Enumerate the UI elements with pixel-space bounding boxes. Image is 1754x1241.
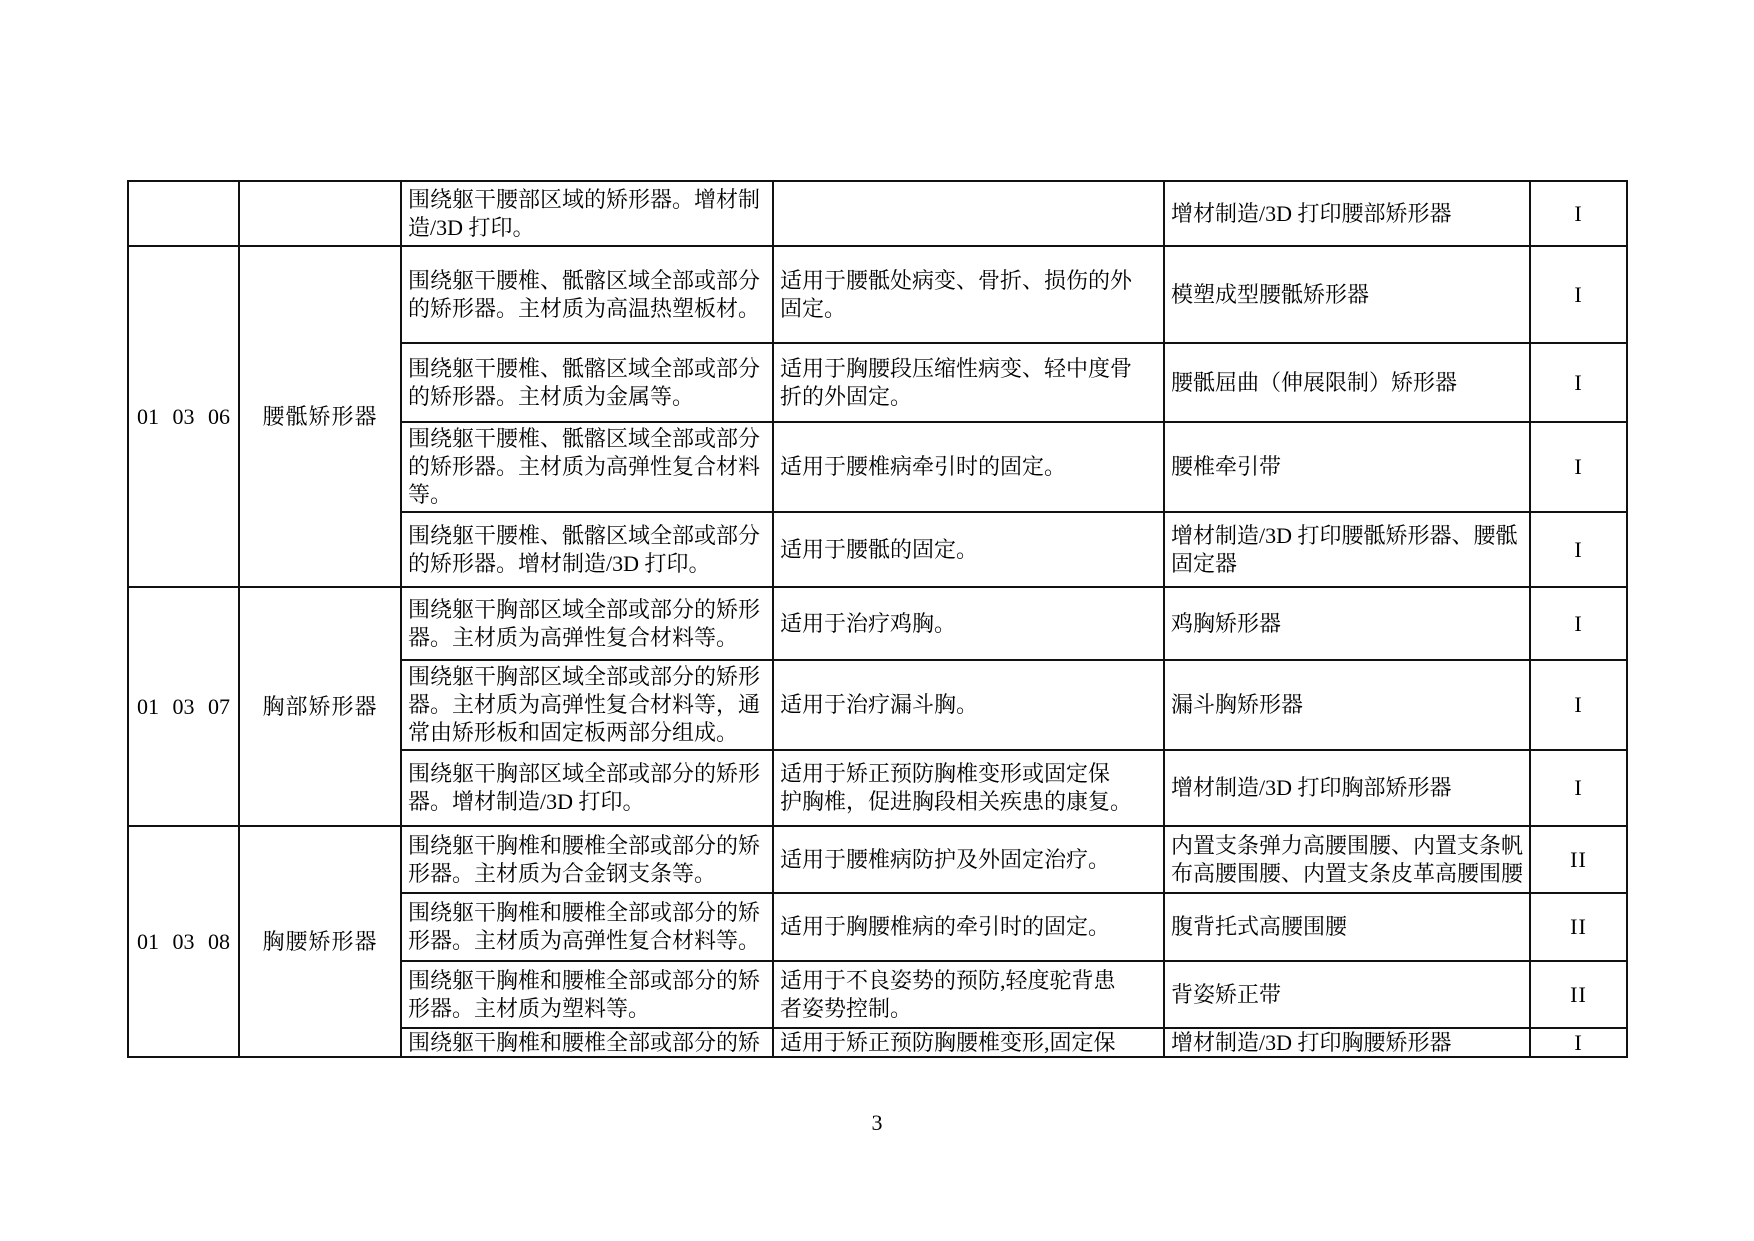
cell-intended-use: 适用于治疗鸡胸。 — [773, 587, 1164, 660]
cell-description: 围绕躯干胸椎和腰椎全部或部分的矫 形器。主材质为塑料等。 — [401, 961, 773, 1028]
cell-category-code: 01 03 08 — [128, 826, 239, 1057]
classification-table: 围绕躯干腰部区域的矫形器。增材制 造/3D 打印。增材制造/3D 打印腰部矫形器… — [127, 180, 1628, 1058]
table-row: 01 03 08胸腰矫形器围绕躯干胸椎和腰椎全部或部分的矫 形器。主材质为合金钢… — [128, 826, 1627, 893]
page-number: 3 — [872, 1110, 883, 1136]
cell-intended-use: 适用于腰椎病防护及外固定治疗。 — [773, 826, 1164, 893]
table-row: 01 03 07胸部矫形器围绕躯干胸部区域全部或部分的矫形 器。主材质为高弹性复… — [128, 587, 1627, 660]
cell-category-name: 胸腰矫形器 — [239, 826, 401, 1057]
cell-product-examples: 腰椎牵引带 — [1164, 422, 1530, 512]
table-row: 围绕躯干腰部区域的矫形器。增材制 造/3D 打印。增材制造/3D 打印腰部矫形器… — [128, 181, 1627, 246]
cell-product-examples: 增材制造/3D 打印胸部矫形器 — [1164, 750, 1530, 826]
cell-intended-use: 适用于腰骶处病变、骨折、损伤的外 固定。 — [773, 246, 1164, 343]
cell-product-examples: 腹背托式高腰围腰 — [1164, 893, 1530, 961]
cell-description: 围绕躯干胸椎和腰椎全部或部分的矫 — [401, 1028, 773, 1057]
cell-intended-use: 适用于胸腰椎病的牵引时的固定。 — [773, 893, 1164, 961]
cell-description: 围绕躯干腰椎、骶髂区域全部或部分 的矫形器。主材质为金属等。 — [401, 343, 773, 422]
cell-intended-use: 适用于胸腰段压缩性病变、轻中度骨 折的外固定。 — [773, 343, 1164, 422]
cell-device-class: I — [1530, 1028, 1627, 1057]
cell-intended-use: 适用于矫正预防胸椎变形或固定保 护胸椎，促进胸段相关疾患的康复。 — [773, 750, 1164, 826]
cell-device-class: II — [1530, 961, 1627, 1028]
cell-product-examples: 模塑成型腰骶矫形器 — [1164, 246, 1530, 343]
cell-description: 围绕躯干腰部区域的矫形器。增材制 造/3D 打印。 — [401, 181, 773, 246]
cell-category-name: 胸部矫形器 — [239, 587, 401, 826]
cell-device-class: I — [1530, 750, 1627, 826]
cell-product-examples: 鸡胸矫形器 — [1164, 587, 1530, 660]
cell-intended-use: 适用于腰骶的固定。 — [773, 512, 1164, 587]
cell-device-class: I — [1530, 512, 1627, 587]
cell-device-class: I — [1530, 343, 1627, 422]
cell-description: 围绕躯干胸部区域全部或部分的矫形 器。主材质为高弹性复合材料等。 — [401, 587, 773, 660]
cell-device-class: I — [1530, 660, 1627, 750]
cell-description: 围绕躯干胸椎和腰椎全部或部分的矫 形器。主材质为高弹性复合材料等。 — [401, 893, 773, 961]
cell-category-code: 01 03 06 — [128, 246, 239, 587]
cell-category-name: 腰骶矫形器 — [239, 246, 401, 587]
cell-product-examples: 增材制造/3D 打印腰部矫形器 — [1164, 181, 1530, 246]
cell-category-name — [239, 181, 401, 246]
cell-device-class: I — [1530, 587, 1627, 660]
cell-device-class: I — [1530, 422, 1627, 512]
cell-category-code — [128, 181, 239, 246]
cell-description: 围绕躯干腰椎、骶髂区域全部或部分 的矫形器。主材质为高弹性复合材料 等。 — [401, 422, 773, 512]
classification-table-body: 围绕躯干腰部区域的矫形器。增材制 造/3D 打印。增材制造/3D 打印腰部矫形器… — [128, 181, 1627, 1057]
cell-product-examples: 背姿矫正带 — [1164, 961, 1530, 1028]
cell-device-class: I — [1530, 246, 1627, 343]
cell-intended-use: 适用于矫正预防胸腰椎变形,固定保 — [773, 1028, 1164, 1057]
cell-description: 围绕躯干胸部区域全部或部分的矫形 器。增材制造/3D 打印。 — [401, 750, 773, 826]
cell-description: 围绕躯干胸部区域全部或部分的矫形 器。主材质为高弹性复合材料等，通 常由矫形板和… — [401, 660, 773, 750]
cell-intended-use: 适用于腰椎病牵引时的固定。 — [773, 422, 1164, 512]
cell-intended-use — [773, 181, 1164, 246]
cell-intended-use: 适用于治疗漏斗胸。 — [773, 660, 1164, 750]
cell-product-examples: 漏斗胸矫形器 — [1164, 660, 1530, 750]
cell-intended-use: 适用于不良姿势的预防,轻度驼背患 者姿势控制。 — [773, 961, 1164, 1028]
cell-product-examples: 腰骶屈曲（伸展限制）矫形器 — [1164, 343, 1530, 422]
cell-product-examples: 内置支条弹力高腰围腰、内置支条帆 布高腰围腰、内置支条皮革高腰围腰 — [1164, 826, 1530, 893]
cell-category-code: 01 03 07 — [128, 587, 239, 826]
cell-description: 围绕躯干胸椎和腰椎全部或部分的矫 形器。主材质为合金钢支条等。 — [401, 826, 773, 893]
table-row: 01 03 06腰骶矫形器围绕躯干腰椎、骶髂区域全部或部分 的矫形器。主材质为高… — [128, 246, 1627, 343]
cell-description: 围绕躯干腰椎、骶髂区域全部或部分 的矫形器。增材制造/3D 打印。 — [401, 512, 773, 587]
cell-product-examples: 增材制造/3D 打印胸腰矫形器 — [1164, 1028, 1530, 1057]
document-page: 围绕躯干腰部区域的矫形器。增材制 造/3D 打印。增材制造/3D 打印腰部矫形器… — [0, 0, 1754, 1241]
cell-product-examples: 增材制造/3D 打印腰骶矫形器、腰骶 固定器 — [1164, 512, 1530, 587]
cell-device-class: I — [1530, 181, 1627, 246]
cell-device-class: II — [1530, 826, 1627, 893]
cell-device-class: II — [1530, 893, 1627, 961]
cell-description: 围绕躯干腰椎、骶髂区域全部或部分 的矫形器。主材质为高温热塑板材。 — [401, 246, 773, 343]
